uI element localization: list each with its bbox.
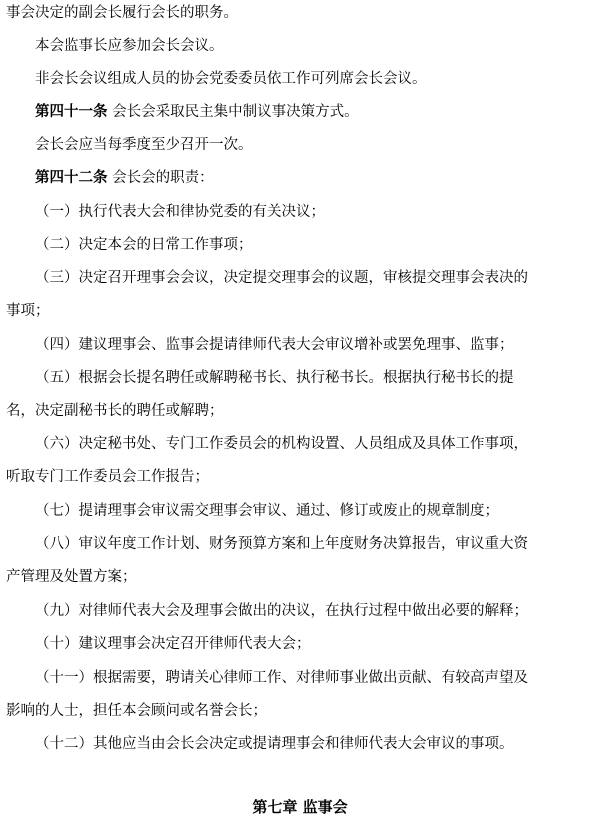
list-item: （六）决定秘书处、专门工作委员会的机构设置、人员组成及具体工作事项， — [35, 433, 596, 455]
list-item: （七）提请理事会审议需交理事会审议、通过、修订或废止的规章制度； — [35, 500, 596, 522]
article-42: 第四十二条 会长会的职责： — [35, 167, 596, 189]
article-41: 第四十一条 会长会采取民主集中制议事决策方式。 — [35, 101, 596, 123]
paragraph-continuation: 事会决定的副会长履行会长的职务。 — [6, 2, 596, 24]
paragraph: 非会长会议组成人员的协会党委委员依工作可列席会长会议。 — [35, 68, 596, 90]
list-item: （三）决定召开理事会会议，决定提交理事会的议题，审核提交理事会表决的 — [35, 267, 596, 289]
paragraph: 会长会应当每季度至少召开一次。 — [35, 134, 596, 156]
list-item: （一）执行代表大会和律协党委的有关决议； — [35, 201, 596, 223]
article-text: 会长会采取民主集中制议事决策方式。 — [112, 104, 359, 120]
article-number: 第四十二条 — [35, 170, 108, 186]
list-item: （四）建议理事会、监事会提请律师代表大会审议增补或罢免理事、监事； — [35, 334, 596, 356]
article-text: 会长会的职责： — [112, 170, 214, 186]
list-item: （十）建议理事会决定召开律师代表大会； — [35, 633, 596, 655]
list-item-continuation: 产管理及处置方案； — [6, 566, 596, 588]
list-item: （八）审议年度工作计划、财务预算方案和上年度财务决算报告，审议重大资 — [35, 533, 596, 555]
list-item: （十二）其他应当由会长会决定或提请理事会和律师代表大会审议的事项。 — [35, 733, 596, 755]
list-item-continuation: 听取专门工作委员会工作报告； — [6, 466, 596, 488]
list-item-continuation: 影响的人士，担任本会顾问或名誉会长； — [6, 700, 596, 722]
list-item: （九）对律师代表大会及理事会做出的决议，在执行过程中做出必要的解释； — [35, 600, 596, 622]
list-item-continuation: 事项； — [6, 300, 596, 322]
list-item: （五）根据会长提名聘任或解聘秘书长、执行秘书长。根据执行秘书长的提 — [35, 367, 596, 389]
list-item: （二）决定本会的日常工作事项； — [35, 234, 596, 256]
chapter-heading: 第七章 监事会 — [0, 796, 600, 818]
paragraph: 本会监事长应参加会长会议。 — [35, 35, 596, 57]
article-number: 第四十一条 — [35, 104, 108, 120]
list-item: （十一）根据需要，聘请关心律师工作、对律师事业做出贡献、有较高声望及 — [35, 667, 596, 689]
list-item-continuation: 名，决定副秘书长的聘任或解聘； — [6, 400, 596, 422]
document-page: 事会决定的副会长履行会长的职务。 本会监事长应参加会长会议。 非会长会议组成人员… — [0, 0, 600, 821]
